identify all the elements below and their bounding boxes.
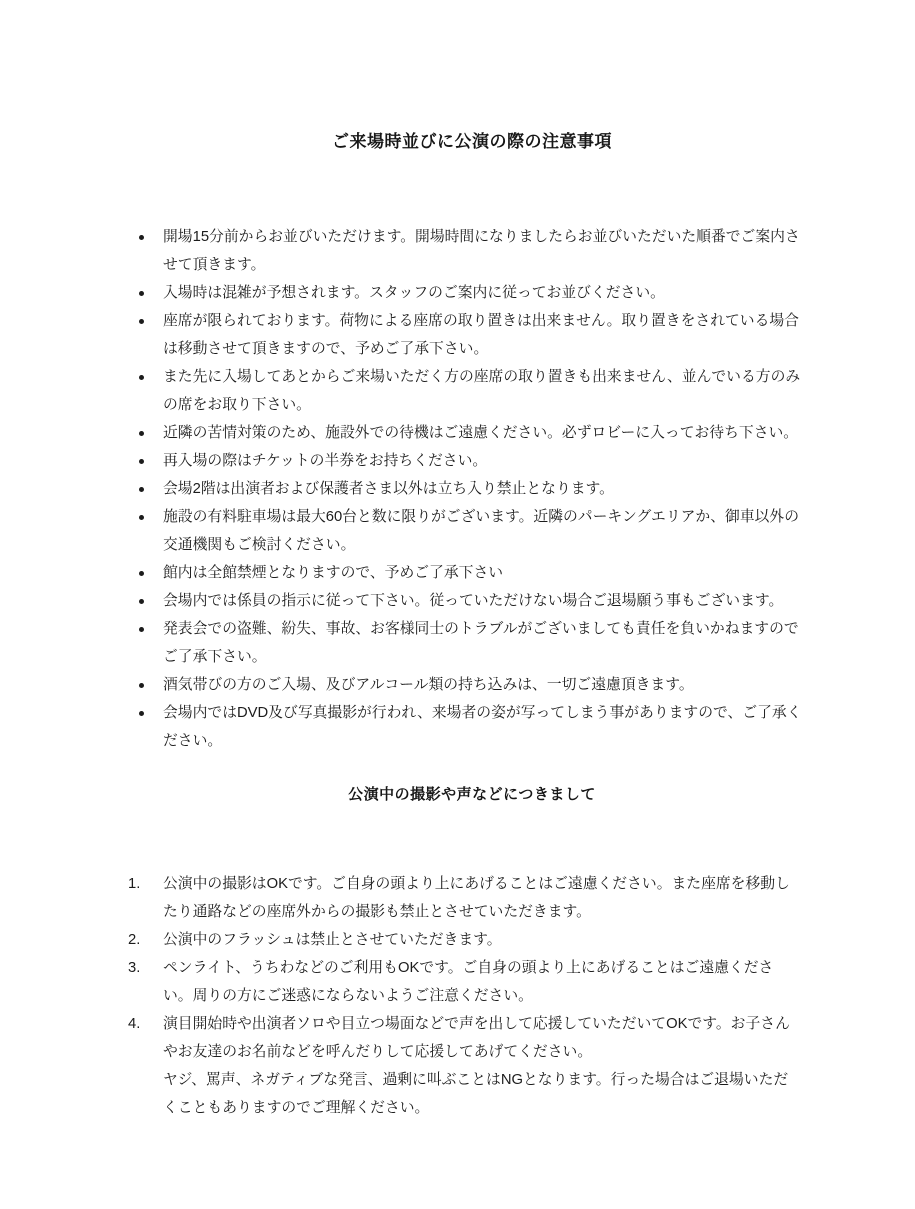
- notice-item: 再入場の際はチケットの半券をお持ちください。: [122, 447, 822, 475]
- notice-item: 入場時は混雑が予想されます。スタッフのご案内に従ってお並びください。: [122, 279, 822, 307]
- document-page: ご来場時並びに公演の際の注意事項 開場15分前からお並びいただけます。開場時間に…: [0, 0, 915, 1209]
- notice-item: 会場2階は出演者および保護者さま以外は立ち入り禁止となります。: [122, 475, 822, 503]
- rules-list: 公演中の撮影はOKです。ご自身の頭より上にあげることはご遠慮ください。また座席を…: [122, 870, 822, 1122]
- section-heading: 公演中の撮影や声などにつきまして: [122, 785, 822, 805]
- notice-item: 近隣の苦情対策のため、施設外での待機はご遠慮ください。必ずロビーに入ってお待ち下…: [122, 419, 822, 447]
- page-title: ご来場時並びに公演の際の注意事項: [122, 131, 822, 153]
- notice-item: 会場内ではDVD及び写真撮影が行われ、来場者の姿が写ってしまう事がありますので、…: [122, 699, 822, 755]
- notice-item: また先に入場してあとからご来場いただく方の座席の取り置きも出来ません、並んでいる…: [122, 363, 822, 419]
- notice-item: 施設の有料駐車場は最大60台と数に限りがございます。近隣のパーキングエリアか、御…: [122, 503, 822, 559]
- notice-item: 館内は全館禁煙となりますので、予めご了承下さい: [122, 559, 822, 587]
- rule-item: ペンライト、うちわなどのご利用もOKです。ご自身の頭より上にあげることはご遠慮く…: [122, 954, 822, 1010]
- rule-item: 公演中のフラッシュは禁止とさせていただきます。: [122, 926, 822, 954]
- notice-item: 酒気帯びの方のご入場、及びアルコール類の持ち込みは、一切ご遠慮頂きます。: [122, 671, 822, 699]
- notice-list: 開場15分前からお並びいただけます。開場時間になりましたらお並びいただいた順番で…: [122, 223, 822, 755]
- rule-item: 公演中の撮影はOKです。ご自身の頭より上にあげることはご遠慮ください。また座席を…: [122, 870, 822, 926]
- notice-item: 会場内では係員の指示に従って下さい。従っていただけない場合ご退場願う事もございま…: [122, 587, 822, 615]
- document-content: ご来場時並びに公演の際の注意事項 開場15分前からお並びいただけます。開場時間に…: [122, 0, 822, 1122]
- rule-item: 演目開始時や出演者ソロや目立つ場面などで声を出して応援していただいてOKです。お…: [122, 1010, 822, 1122]
- notice-item: 開場15分前からお並びいただけます。開場時間になりましたらお並びいただいた順番で…: [122, 223, 822, 279]
- notice-item: 座席が限られております。荷物による座席の取り置きは出来ません。取り置きをされてい…: [122, 307, 822, 363]
- notice-item: 発表会での盗難、紛失、事故、お客様同士のトラブルがございましても責任を負いかねま…: [122, 615, 822, 671]
